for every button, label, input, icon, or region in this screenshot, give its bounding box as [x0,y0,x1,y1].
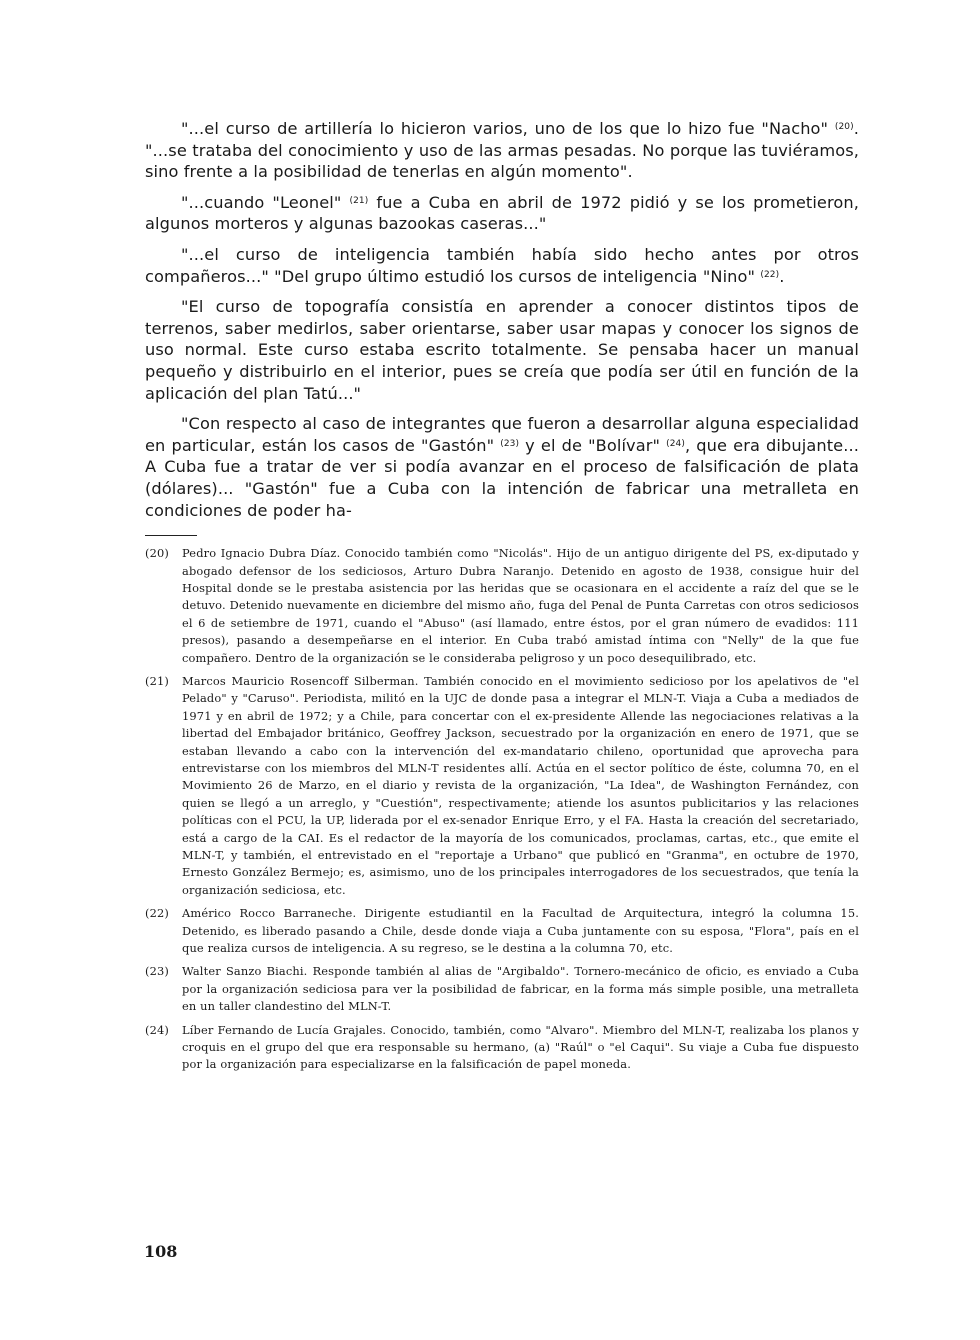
footnote-text: Walter Sanzo Biachi. Responde también al… [182,964,859,1013]
footnote-text: Américo Rocco Barraneche. Dirigente estu… [182,906,859,955]
document-page: "...el curso de artillería lo hicieron v… [145,118,859,1080]
footnote-24: (24) Líber Fernando de Lucía Grajales. C… [145,1022,859,1074]
footnotes: (20) Pedro Ignacio Dubra Díaz. Conocido … [145,545,859,1074]
text-run: "El curso de topografía consistía en apr… [145,297,859,402]
paragraph-5: "Con respecto al caso de integrantes que… [145,413,859,521]
text-run: . [779,267,784,286]
footnote-ref[interactable]: (20) [835,122,854,132]
footnote-text: Pedro Ignacio Dubra Díaz. Conocido tambi… [182,546,859,664]
text-run: "...el curso de inteligencia también hab… [145,245,859,286]
body-text: "...el curso de artillería lo hicieron v… [145,118,859,521]
footnote-ref[interactable]: (24) [666,439,685,449]
footnote-21: (21) Marcos Mauricio Rosencoff Silberman… [145,673,859,899]
footnote-23: (23) Walter Sanzo Biachi. Responde tambi… [145,963,859,1015]
page-number: 108 [144,1242,177,1261]
footnote-number: (23) [145,963,169,980]
footnote-number: (22) [145,905,169,922]
footnote-number: (20) [145,545,169,562]
footnote-ref[interactable]: (23) [500,439,519,449]
paragraph-2: "...cuando "Leonel" (21) fue a Cuba en a… [145,192,859,235]
paragraph-3: "...el curso de inteligencia también hab… [145,244,859,287]
footnote-22: (22) Américo Rocco Barraneche. Dirigente… [145,905,859,957]
text-run: y el de "Bolívar" [519,436,666,455]
footnote-ref[interactable]: (21) [349,196,368,206]
footnote-number: (21) [145,673,169,690]
text-run: "...el curso de artillería lo hicieron v… [181,119,835,138]
footnote-ref[interactable]: (22) [760,270,779,280]
footnote-text: Líber Fernando de Lucía Grajales. Conoci… [182,1023,859,1072]
footnote-separator [145,535,197,536]
paragraph-1: "...el curso de artillería lo hicieron v… [145,118,859,183]
footnote-number: (24) [145,1022,169,1039]
text-run: "...cuando "Leonel" [181,193,349,212]
footnote-text: Marcos Mauricio Rosencoff Silberman. Tam… [182,674,859,897]
footnote-20: (20) Pedro Ignacio Dubra Díaz. Conocido … [145,545,859,667]
paragraph-4: "El curso de topografía consistía en apr… [145,296,859,404]
